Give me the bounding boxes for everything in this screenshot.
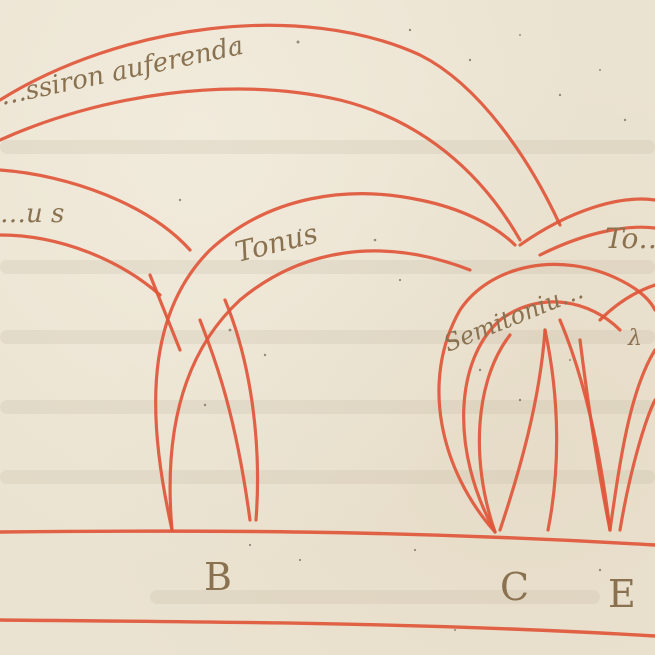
left-arc-label: …u s [0,199,64,229]
semitonium-label: Semitoniu… [440,276,587,357]
right-lower-fragment: λ [627,326,642,351]
show-through-text [0,140,655,604]
arc-labels: …ssiron auferenda …u s Tonus To… Semiton… [0,31,655,358]
note-letter-b: B [204,555,232,599]
right-upper-label: To… [605,222,655,255]
note-letter-c: C [500,565,529,609]
interval-diagram: …ssiron auferenda …u s Tonus To… Semiton… [0,0,655,655]
note-letters: B C E [204,555,636,616]
manuscript-page: …ssiron auferenda …u s Tonus To… Semiton… [0,0,655,655]
note-letter-e: E [608,572,636,616]
ruled-lines [0,531,655,636]
left-arc-band [0,170,190,295]
